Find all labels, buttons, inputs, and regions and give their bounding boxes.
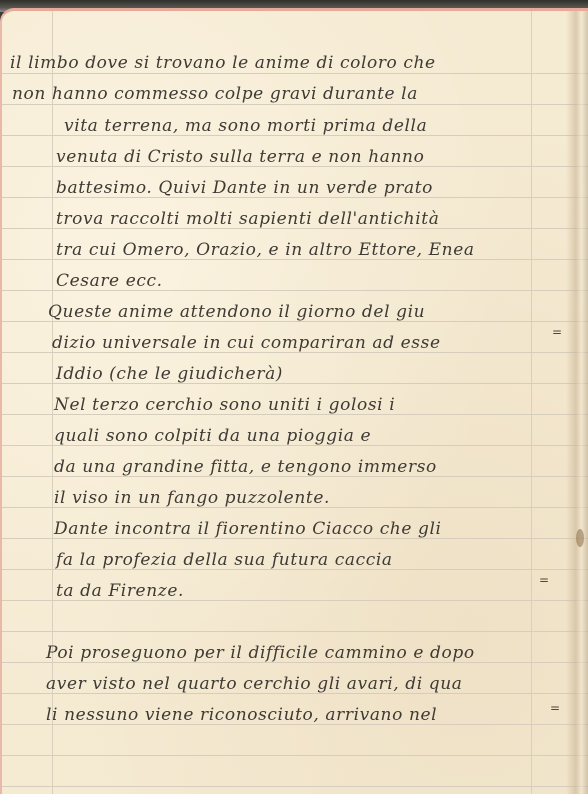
handwritten-line: Dante incontra il fiorentino Ciacco che …: [54, 521, 442, 538]
notebook-page: il limbo dove si trovano le anime di col…: [0, 8, 588, 794]
handwritten-line: venuta di Cristo sulla terra e non hanno: [56, 149, 424, 166]
handwritten-line: da una grandine fitta, e tengono immerso: [54, 459, 437, 476]
handwritten-line: Queste anime attendono il giorno del giu: [48, 304, 425, 321]
handwritten-line: tra cui Omero, Orazio, e in altro Ettore…: [56, 242, 475, 259]
handwritten-line: Poi proseguono per il difficile cammino …: [46, 645, 475, 662]
handwritten-line: li nessuno viene riconosciuto, arrivano …: [46, 707, 437, 724]
handwritten-line: il viso in un fango puzzolente.: [54, 490, 330, 507]
binding-shadow: [566, 11, 588, 794]
hyphen-mark: =: [539, 573, 549, 587]
handwritten-line: vita terrena, ma sono morti prima della: [64, 118, 427, 135]
handwritten-line: trova raccolti molti sapienti dell'antic…: [56, 211, 439, 228]
ruled-line: [2, 786, 588, 787]
handwritten-line: Cesare ecc.: [56, 273, 163, 290]
ruled-line: [2, 104, 588, 105]
handwritten-line: Nel terzo cerchio sono uniti i golosi i: [54, 397, 395, 414]
hyphen-mark: =: [552, 325, 562, 339]
handwritten-line: Iddio (che le giudicherà): [56, 366, 283, 383]
handwritten-line: aver visto nel quarto cerchio gli avari,…: [46, 676, 463, 693]
hyphen-mark: =: [550, 701, 560, 715]
handwritten-line: quali sono colpiti da una pioggia e: [54, 428, 371, 445]
ruled-line: [2, 631, 588, 632]
handwritten-line: non hanno commesso colpe gravi durante l…: [12, 86, 418, 103]
handwritten-line: dizio universale in cui compariran ad es…: [52, 335, 441, 352]
handwritten-line: battesimo. Quivi Dante in un verde prato: [56, 180, 433, 197]
ink-stain: [576, 529, 584, 547]
handwritten-line: fa la profezia della sua futura caccia: [56, 552, 393, 569]
right-margin-line: [531, 11, 532, 794]
ruled-line: [2, 755, 588, 756]
handwritten-line: il limbo dove si trovano le anime di col…: [10, 55, 436, 72]
ruled-line: [2, 73, 588, 74]
handwritten-line: ta da Firenze.: [56, 583, 184, 600]
